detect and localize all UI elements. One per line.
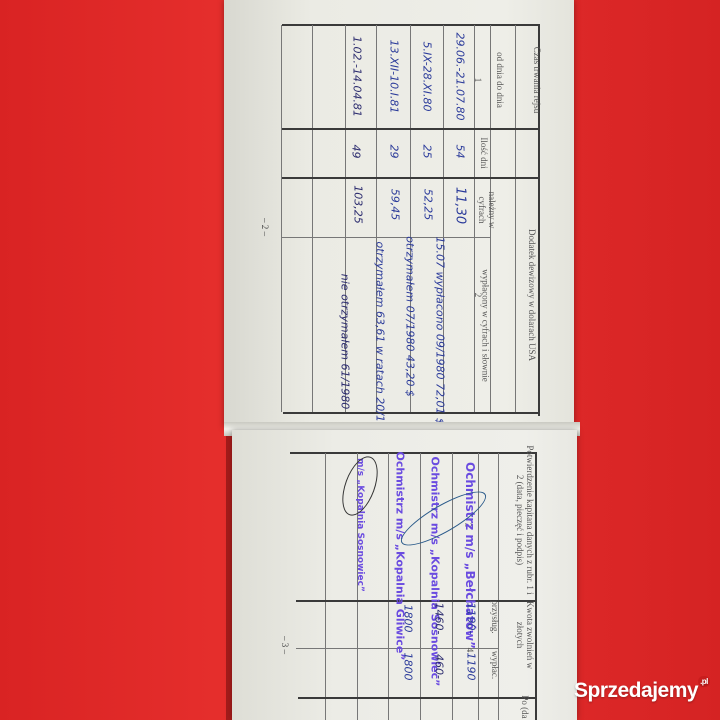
table-border bbox=[283, 412, 539, 414]
table-line bbox=[452, 453, 453, 720]
stamp-ochmistrz-1: Ochmistrz m/s „Bełchatów” bbox=[463, 462, 477, 592]
table-line bbox=[325, 453, 326, 720]
header-col-number-1: 1 bbox=[473, 30, 483, 130]
table-line bbox=[281, 25, 282, 412]
stamp-ochmistrz-2: Ochmistrz m/s „Kopalnia Gliwice” bbox=[394, 452, 407, 582]
watermark-brand: Sprzedajemy bbox=[574, 679, 698, 702]
header-paid-out: wypłac. bbox=[490, 640, 500, 690]
header-col-number-2: 2 bbox=[473, 245, 483, 345]
row-2-days: 25 bbox=[421, 132, 434, 172]
row-2-due: 52,25 bbox=[422, 175, 435, 235]
amount-1-paid: 1190 bbox=[465, 642, 478, 692]
header-due: należny w cyfrach bbox=[477, 180, 497, 240]
row-2-paid: otrzymałem 07/1980 43,20 $ bbox=[404, 232, 417, 402]
row-1-due: 11,30 bbox=[453, 176, 468, 236]
table-line bbox=[420, 453, 421, 720]
row-3-due: 59,45 bbox=[389, 175, 402, 235]
header-days: Ilość dni bbox=[479, 123, 489, 183]
header-entitled: przysług. bbox=[490, 592, 500, 642]
header-exemption-amount: Kwota zwolnień w złotych bbox=[515, 590, 535, 680]
table-line bbox=[298, 697, 536, 699]
row-4-days: 49 bbox=[350, 132, 363, 172]
page-number-2: – 2 – bbox=[260, 207, 270, 247]
row-4-due: 103,25 bbox=[352, 175, 365, 235]
watermark-logo: Sprzedajemy.pl bbox=[574, 679, 710, 703]
row-3-dates: 13.XII-10.I.81 bbox=[388, 17, 401, 137]
row-1-paid: 15.07 wypłacono 09/1980 72,01 $ bbox=[434, 237, 447, 407]
table-line bbox=[515, 25, 516, 412]
header-from-to: od dnia do dnia bbox=[495, 30, 505, 130]
table-border bbox=[535, 452, 537, 720]
row-4-dates: 1.02.-14.04.81 bbox=[351, 17, 364, 137]
row-1-dates: 29.06.-21.07.80 bbox=[454, 17, 467, 137]
row-3-days: 29 bbox=[388, 132, 401, 172]
table-line bbox=[312, 25, 313, 412]
table-line bbox=[296, 600, 536, 602]
row-2-dates: 5.IX-28.XI.80 bbox=[421, 17, 434, 137]
amount-3-paid: 1800 bbox=[402, 642, 415, 692]
row-4-paid: nie otrzymałem 61/1980 bbox=[339, 257, 352, 427]
row-1-days: 54 bbox=[454, 132, 467, 172]
table-line bbox=[282, 237, 490, 238]
amount-2-entitled: 1460- bbox=[433, 594, 446, 644]
amount-3-entitled: 1800 bbox=[402, 594, 415, 644]
row-3-paid: otrzymałem 63,61 w ratach 20/1980 bbox=[374, 242, 387, 412]
table-line bbox=[282, 177, 538, 179]
header-captain-confirmation: Potwierdzenie kapitana danych z rubr. 1 … bbox=[515, 445, 535, 595]
header-currency-bonus: Dodatek dewizowy w dolarach USA bbox=[527, 205, 537, 385]
header-voyage-duration: Czas trwania rejsu bbox=[532, 25, 542, 135]
amount-2-paid: 460- bbox=[433, 642, 446, 692]
table-line bbox=[388, 453, 389, 720]
header-col-5: Po (da bbox=[520, 692, 530, 720]
amount-1-entitled: 1190- bbox=[465, 594, 478, 644]
page-number-3: – 3 – bbox=[280, 625, 290, 665]
watermark-tld: .pl bbox=[698, 676, 710, 687]
